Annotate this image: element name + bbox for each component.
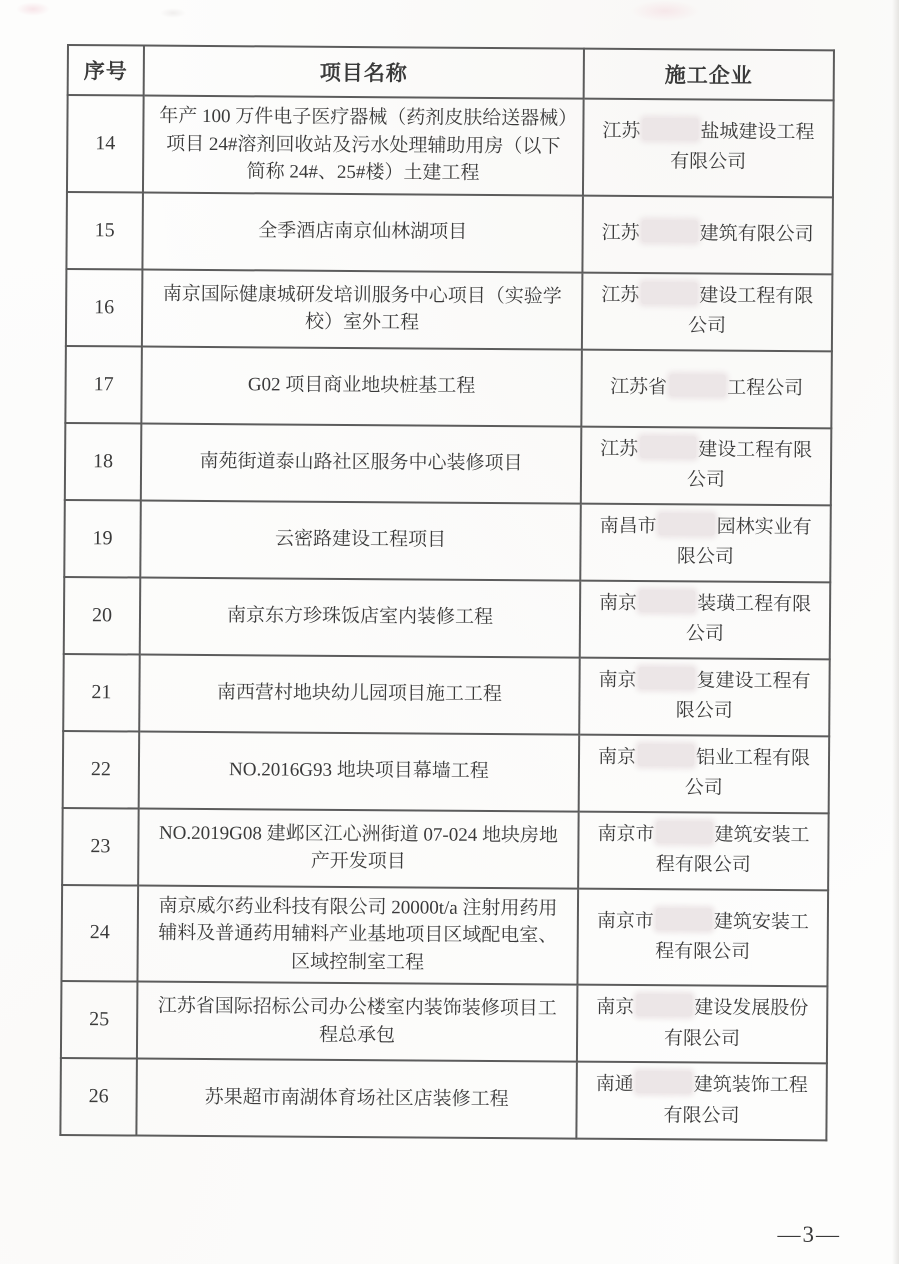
company-name-prefix: 江苏 (602, 223, 640, 244)
table-row: 26 苏果超市南湖体育场社区店装修工程 南通建筑装饰工程有限公司 (60, 1058, 827, 1140)
company-name-prefix: 南京 (599, 592, 637, 613)
company-name-suffix: 复建设工程有限公司 (676, 670, 811, 722)
company-name-suffix: 建设工程有限公司 (687, 439, 812, 491)
cell-serial-number: 26 (60, 1058, 137, 1136)
company-name-suffix: 建筑有限公司 (700, 223, 814, 245)
company-name-prefix: 南京 (596, 997, 634, 1018)
cell-construction-company: 江苏建设工程有限公司 (581, 426, 832, 505)
cell-construction-company: 南京市建筑安装工程有限公司 (577, 888, 828, 986)
cell-construction-company: 南京铝业工程有限公司 (579, 734, 830, 813)
cell-construction-company: 南昌市园林实业有限公司 (580, 503, 831, 582)
company-name-prefix: 南昌市 (600, 515, 657, 536)
redaction-blur (642, 220, 698, 242)
cell-project-name: 南京威尔药业科技有限公司 20000t/a 注射用药用辅料及普通药用辅料产业基地… (137, 885, 578, 985)
cell-project-name: 全季酒店南京仙林湖项目 (142, 192, 583, 272)
redaction-blur (656, 908, 712, 930)
scan-edge-shadow (892, 0, 899, 1264)
company-name-prefix: 南京 (598, 746, 636, 767)
cell-project-name: 南京东方珍珠饭店室内装修工程 (140, 577, 581, 657)
cell-serial-number: 23 (62, 808, 139, 886)
header-construction-company: 施工企业 (584, 49, 834, 101)
cell-project-name: 南西营村地块幼儿园项目施工工程 (139, 654, 580, 734)
cell-project-name: NO.2016G93 地块项目幕墙工程 (139, 731, 580, 811)
table-row: 17 G02 项目商业地块桩基工程 江苏省工程公司 (65, 346, 832, 428)
cell-serial-number: 22 (63, 731, 140, 809)
scan-smudge (630, 0, 700, 22)
table-row: 23 NO.2019G08 建邺区江心洲街道 07-024 地块房地产开发项目 … (62, 808, 829, 890)
table-body: 14 年产 100 万件电子医疗器械（药剂皮肤给送器械）项目 24#溶剂回收站及… (60, 95, 833, 1141)
redaction-blur (636, 994, 692, 1016)
header-project-name: 项目名称 (144, 46, 584, 99)
redaction-blur (659, 513, 715, 535)
scanned-document-page: 序号 项目名称 施工企业 14 年产 100 万件电子医疗器械（药剂皮肤给送器械… (0, 0, 899, 1264)
company-name-prefix: 江苏省 (610, 377, 667, 398)
cell-serial-number: 17 (65, 346, 142, 424)
cell-project-name: 南京国际健康城研发培训服务中心项目（实验学校）室外工程 (142, 269, 583, 349)
cell-project-name: 年产 100 万件电子医疗器械（药剂皮肤给送器械）项目 24#溶剂回收站及污水处… (143, 96, 584, 196)
cell-serial-number: 20 (64, 577, 141, 655)
project-table: 序号 项目名称 施工企业 14 年产 100 万件电子医疗器械（药剂皮肤给送器械… (59, 44, 835, 1142)
cell-construction-company: 南京装璜工程有限公司 (580, 580, 831, 659)
company-name-prefix: 江苏 (600, 438, 638, 459)
cell-construction-company: 江苏盐城建设工程有限公司 (583, 99, 834, 197)
table-row: 25 江苏省国际招标公司办公楼室内装饰装修项目工程总承包 南京建设发展股份有限公… (61, 981, 828, 1063)
cell-construction-company: 江苏建筑有限公司 (582, 195, 833, 274)
table-row: 20 南京东方珍珠饭店室内装修工程 南京装璜工程有限公司 (64, 577, 831, 659)
company-name-suffix: 装璜工程有限公司 (686, 593, 811, 645)
redaction-blur (642, 118, 698, 140)
company-name-prefix: 南京 (598, 669, 636, 690)
project-table-wrapper: 序号 项目名称 施工企业 14 年产 100 万件电子医疗器械（药剂皮肤给送器械… (59, 44, 833, 1142)
redaction-blur (639, 590, 695, 612)
cell-project-name: 南苑街道泰山路社区服务中心装修项目 (141, 423, 582, 503)
cell-project-name: 云密路建设工程项目 (140, 500, 581, 580)
cell-serial-number: 19 (64, 500, 141, 578)
cell-project-name: 苏果超市南湖体育场社区店装修工程 (136, 1059, 577, 1139)
company-name-prefix: 南京市 (597, 823, 654, 844)
header-serial-number: 序号 (68, 45, 144, 96)
page-number: —3— (778, 1222, 842, 1248)
company-name-prefix: 南京市 (597, 910, 654, 931)
company-name-prefix: 江苏 (601, 284, 639, 305)
cell-serial-number: 18 (65, 423, 142, 501)
company-name-prefix: 江苏 (602, 121, 640, 142)
cell-serial-number: 15 (66, 192, 143, 270)
company-name-suffix: 工程公司 (727, 378, 803, 400)
company-name-suffix: 建设工程有限公司 (688, 285, 813, 337)
cell-construction-company: 江苏省工程公司 (581, 349, 832, 428)
scan-smudge (16, 2, 50, 16)
table-row: 14 年产 100 万件电子医疗器械（药剂皮肤给送器械）项目 24#溶剂回收站及… (67, 95, 834, 197)
table-header-row: 序号 项目名称 施工企业 (68, 45, 834, 100)
table-row: 22 NO.2016G93 地块项目幕墙工程 南京铝业工程有限公司 (63, 731, 830, 813)
cell-construction-company: 南京复建设工程有限公司 (579, 657, 830, 736)
cell-serial-number: 16 (66, 269, 143, 347)
cell-project-name: 江苏省国际招标公司办公楼室内装饰装修项目工程总承包 (137, 982, 578, 1062)
cell-serial-number: 21 (63, 654, 140, 732)
table-row: 24 南京威尔药业科技有限公司 20000t/a 注射用药用辅料及普通药用辅料产… (61, 885, 828, 987)
cell-serial-number: 25 (61, 981, 138, 1059)
table-row: 19 云密路建设工程项目 南昌市园林实业有限公司 (64, 500, 831, 582)
company-name-suffix: 铝业工程有限公司 (685, 747, 810, 799)
cell-construction-company: 江苏建设工程有限公司 (582, 272, 833, 351)
cell-construction-company: 南通建筑装饰工程有限公司 (576, 1062, 827, 1141)
table-row: 21 南西营村地块幼儿园项目施工工程 南京复建设工程有限公司 (63, 654, 830, 736)
cell-project-name: NO.2019G08 建邺区江心洲街道 07-024 地块房地产开发项目 (138, 808, 579, 888)
cell-construction-company: 南京建设发展股份有限公司 (577, 985, 828, 1064)
cell-serial-number: 24 (61, 885, 138, 982)
scan-smudge (160, 8, 186, 18)
cell-project-name: G02 项目商业地块桩基工程 (141, 346, 582, 426)
redaction-blur (669, 374, 725, 396)
redaction-blur (641, 282, 697, 304)
redaction-blur (640, 436, 696, 458)
table-row: 18 南苑街道泰山路社区服务中心装修项目 江苏建设工程有限公司 (65, 423, 832, 505)
redaction-blur (656, 821, 712, 843)
cell-serial-number: 14 (67, 95, 144, 192)
table-row: 15 全季酒店南京仙林湖项目 江苏建筑有限公司 (66, 192, 833, 274)
redaction-blur (636, 1071, 692, 1093)
cell-construction-company: 南京市建筑安装工程有限公司 (578, 811, 829, 890)
table-row: 16 南京国际健康城研发培训服务中心项目（实验学校）室外工程 江苏建设工程有限公… (66, 269, 833, 351)
company-name-prefix: 南通 (596, 1074, 634, 1095)
redaction-blur (638, 744, 694, 766)
redaction-blur (639, 667, 695, 689)
